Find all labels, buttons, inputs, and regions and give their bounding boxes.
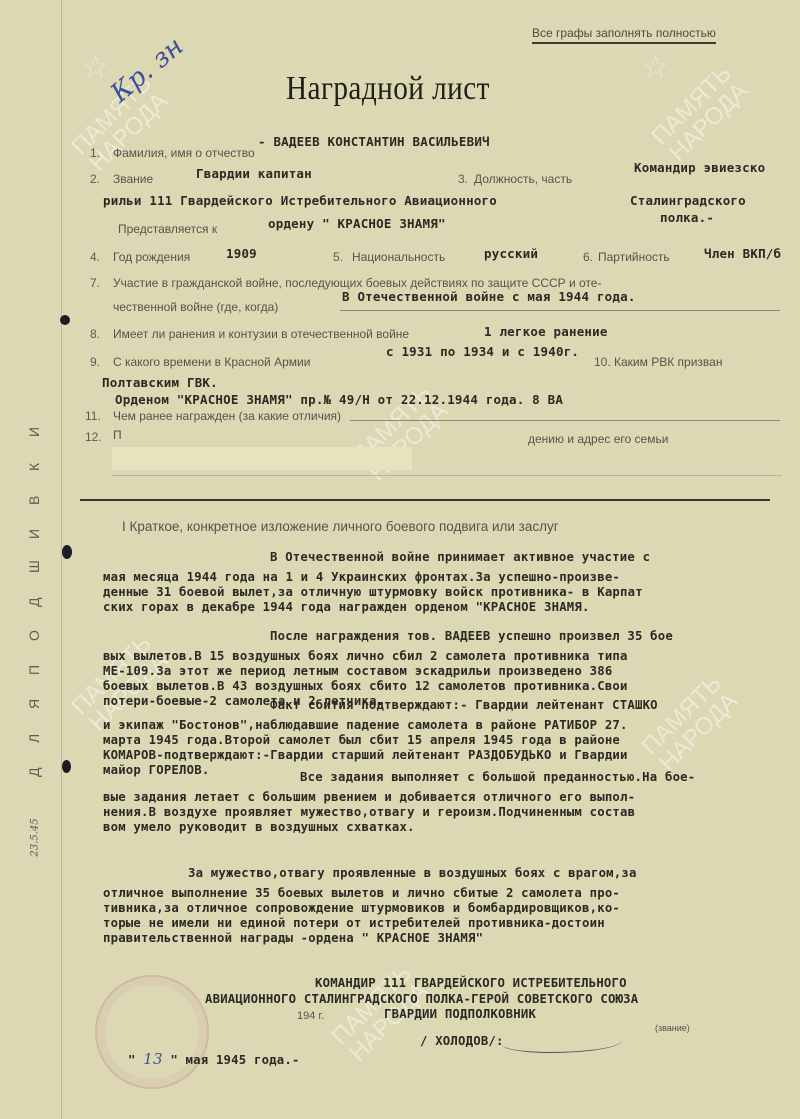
field-value-position: Командир эвиезско (634, 160, 765, 175)
page-title: Наградной лист (286, 70, 490, 108)
field-value-conscription: Полтавским ГВК. (102, 375, 218, 390)
underline (350, 420, 780, 421)
field-number: 1. (90, 146, 100, 160)
field-number: 12. (85, 430, 102, 444)
narrative-line: вом умело руководит в воздушных схватках… (103, 821, 415, 834)
narrative-line: КОМАРОВ-подтверждают:-Гвардии старший ле… (103, 749, 628, 762)
narrative-line: После награждения тов. ВАДЕЕВ успешно пр… (270, 630, 673, 643)
field-label-participation: Участие в гражданской войне, последующих… (113, 276, 601, 290)
field-number: 4. (90, 250, 100, 264)
field-number: 6. (583, 250, 593, 264)
underline (340, 310, 780, 311)
ink-blot (60, 315, 70, 325)
field-label-nationality: Национальность (352, 250, 445, 264)
rank-caption: (звание) (655, 1023, 690, 1033)
field-number: 3. (458, 172, 468, 186)
narrative-line: правительственной награды -ордена " КРАС… (103, 932, 483, 945)
field-value-unit-end: полка.- (660, 210, 714, 225)
watermark: ПАМЯТЬНАРОДА (638, 671, 743, 776)
sidebar-letter: Ш (26, 553, 60, 573)
narrative-line: За мужество,отвагу проявленные в воздушн… (188, 867, 637, 880)
section-heading: I Краткое, конкретное изложение личного … (122, 519, 559, 534)
narrative-line: марта 1945 года.Второй самолет был сбит … (103, 734, 620, 747)
sidebar-letter: И (26, 519, 60, 539)
narrative-line: тивника,за отличное сопровождение штурмо… (103, 902, 620, 915)
narrative-line: мая месяца 1944 года на 1 и 4 Украинских… (103, 571, 620, 584)
signature-date: " 13 " мая 1945 года.- (128, 1053, 300, 1067)
narrative-line: МЕ-109.За этот же период летным составом… (103, 665, 612, 678)
field-label-prior-awards: Чем ранее награжден (за какие отличия) (113, 409, 341, 423)
narrative-line: нения.В воздухе проявляет мужество,отваг… (103, 806, 635, 819)
field-value-prior-awards: Орденом "КРАСНОЕ ЗНАМЯ" пр.№ 49/Н от 22.… (115, 392, 563, 407)
sidebar-letter: Я (26, 689, 60, 709)
field-label-army-since: С какого времени в Красной Армии (113, 355, 310, 369)
field-number: 8. (90, 327, 100, 341)
sidebar-letter: К (26, 451, 60, 471)
narrative-line: боевых вылетов.В 43 воздушных боях сбито… (103, 680, 628, 693)
field-number: 11. (85, 409, 101, 423)
field-label-party: Партийность (598, 250, 670, 264)
sidebar-letter: Д (26, 587, 60, 607)
narrative-line: вые задания летает с большим рвением и д… (103, 791, 635, 804)
signature-rank: ГВАРДИИ ПОДПОЛКОВНИК (384, 1008, 536, 1021)
signature-name: / ХОЛОДОВ/: (420, 1035, 504, 1048)
field-value-unit-city: Сталинградского (630, 193, 746, 208)
award-sheet-page: ☆ ПАМЯТЬНАРОДА ☆ ПАМЯТЬНАРОДА ПАМЯТЬНАРО… (0, 0, 800, 1119)
narrative-line: отличное выполнение 35 боевых вылетов и … (103, 887, 620, 900)
field-label-participation-2: чественной войне (где, когда) (113, 300, 278, 314)
field-label-address: дению и адрес его семьи (528, 432, 668, 446)
field-value-party: Член ВКП/б (704, 246, 781, 261)
field-value-award: ордену " КРАСНОЕ ЗНАМЯ" (268, 216, 446, 231)
date-rest: мая 1945 года.- (186, 1053, 300, 1067)
narrative-line: и экипаж "Бостонов",наблюдавшие падение … (103, 719, 628, 732)
field-value-wounds: 1 легкое ранение (484, 324, 608, 339)
sidebar-vertical-text: ИКВИШДОПЯЛД (33, 410, 53, 784)
field-value-name: - ВАДЕЕВ КОНСТАНТИН ВАСИЛЬЕВИЧ (258, 134, 490, 149)
field-value-unit: рильи 111 Гвардейского Истребительного А… (103, 193, 497, 208)
margin-line (61, 0, 62, 1119)
sidebar-letter: О (26, 621, 60, 641)
field-label-rank: Звание (113, 172, 153, 186)
narrative-line: Факт сбития подтверждают:- Гвардии лейте… (270, 699, 658, 712)
handwritten-signature (502, 1032, 622, 1053)
sidebar-letter: Л (26, 723, 60, 743)
official-stamp (95, 975, 209, 1089)
field-number: 7. (90, 276, 100, 290)
sidebar-letter: П (26, 655, 60, 675)
field-value-nationality: русский (484, 246, 538, 261)
field-label-address-start: П (113, 428, 122, 442)
section-divider (80, 499, 770, 501)
field-number: 2. (90, 172, 100, 186)
sidebar-letter: И (26, 417, 60, 437)
field-value-rank: Гвардии капитан (196, 166, 312, 181)
watermark-star-icon: ☆ (82, 38, 109, 89)
header-note: Все графы заполнять полностью (532, 26, 716, 44)
date-day: 13 (143, 1050, 163, 1068)
underline (112, 475, 782, 476)
field-number: 10. (594, 355, 611, 369)
field-number: 9. (90, 355, 100, 369)
signature-year-printed: 194 г. (297, 1010, 324, 1022)
narrative-line: ских горах в декабре 1944 года награжден… (103, 601, 590, 614)
field-number: 5. (333, 250, 343, 264)
margin-date: 23.5.45 (30, 818, 41, 856)
signature-title-line1: КОМАНДИР 111 ГВАРДЕЙСКОГО ИСТРЕБИТЕЛЬНОГ… (315, 977, 627, 990)
sidebar-letter: Д (26, 757, 60, 777)
narrative-line: майор ГОРЕЛОВ. (103, 764, 209, 777)
field-value-army-since: с 1931 по 1934 и с 1940г. (386, 344, 579, 359)
ink-blot (62, 760, 71, 773)
field-value-participation: В Отечественной войне с мая 1944 года. (342, 289, 636, 304)
field-label-name: Фамилия, имя о отчество (113, 146, 255, 160)
redacted-area (112, 447, 412, 470)
narrative-line: вых вылетов.В 15 воздушных боях лично сб… (103, 650, 628, 663)
narrative-line: Все задания выполняет с большой преданно… (300, 771, 695, 784)
ink-blot (62, 545, 72, 559)
field-label-presented: Представляется к (118, 222, 217, 236)
field-label-wounds: Имеет ли ранения и контузии в отечествен… (113, 327, 409, 341)
narrative-line: денные 31 боевой вылет,за отличную штурм… (103, 586, 643, 599)
narrative-line: торые не имели ни единой потери от истре… (103, 917, 605, 930)
field-label-conscription: Каким РВК призван (614, 355, 722, 369)
watermark-star-icon: ☆ (642, 38, 669, 89)
field-value-birth-year: 1909 (226, 246, 257, 261)
sidebar-letter: В (26, 485, 60, 505)
narrative-line: В Отечественной войне принимает активное… (270, 551, 650, 564)
field-label-position: Должность, часть (474, 172, 572, 186)
field-label-birth-year: Год рождения (113, 250, 190, 264)
signature-title-line2: АВИАЦИОННОГО СТАЛИНГРАДСКОГО ПОЛКА-ГЕРОЙ… (205, 993, 638, 1006)
